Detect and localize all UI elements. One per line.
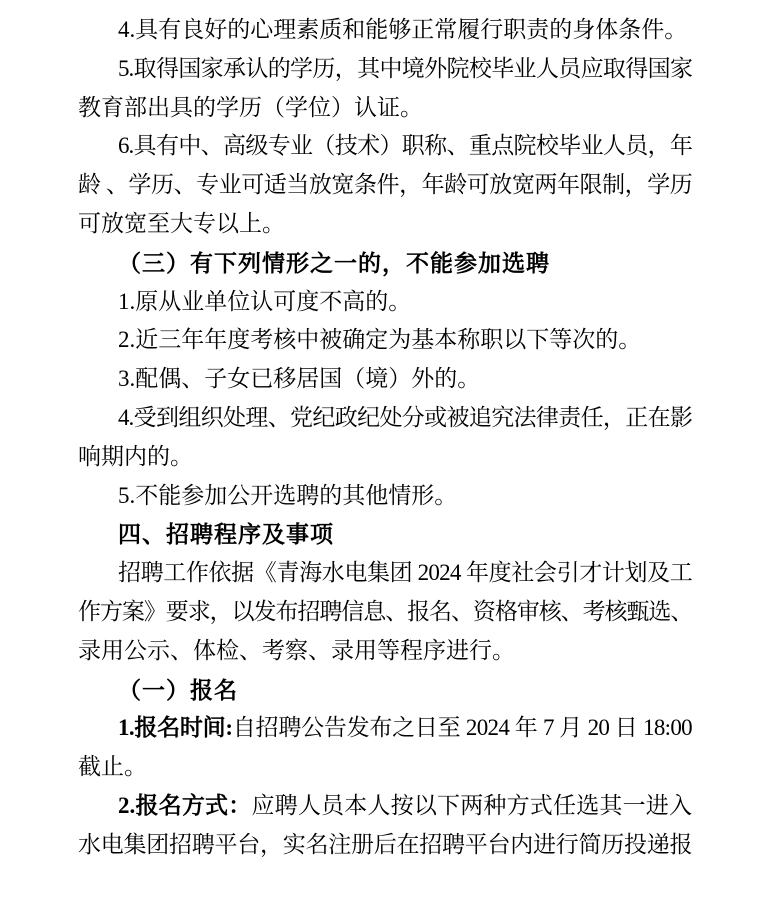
text-line: 教育部出具的学历（学位）认证。 — [78, 89, 692, 128]
body-text: 4.受到组织处理、党纪政纪处分或被追究法律责任，正在影 — [118, 405, 692, 430]
body-text: 5.不能参加公开选聘的其他情形。 — [118, 483, 457, 508]
text-line: 1.原从业单位认可度不高的。 — [78, 283, 692, 322]
body-text: 可放宽至大专以上。 — [78, 211, 285, 236]
text-line: 水电集团招聘平台，实名注册后在招聘平台内进行简历投递报 — [78, 826, 692, 865]
text-line: 4.受到组织处理、党纪政纪处分或被追究法律责任，正在影 — [78, 399, 692, 438]
text-line: 6.具有中、高级专业（技术）职称、重点院校毕业人员，年 — [78, 127, 692, 166]
text-line: 截止。 — [78, 748, 692, 787]
text-line: 5.取得国家承认的学历，其中境外院校毕业人员应取得国家 — [78, 50, 692, 89]
body-text: 自招聘公告发布之日至 2024 年 7 月 20 日 18:00 — [232, 715, 692, 740]
heading-text: 四、招聘程序及事项 — [118, 521, 334, 547]
text-line: 1.报名时间:自招聘公告发布之日至 2024 年 7 月 20 日 18:00 — [78, 709, 692, 748]
emphasis-text: 2.报名方式： — [118, 793, 251, 818]
body-text: 1.原从业单位认可度不高的。 — [118, 289, 411, 314]
text-line: 可放宽至大专以上。 — [78, 205, 692, 244]
text-line: 2.报名方式：应聘人员本人按以下两种方式任选其一进入 — [78, 787, 692, 826]
text-line: 3.配偶、子女已移居国（境）外的。 — [78, 360, 692, 399]
body-text: 教育部出具的学历（学位）认证。 — [78, 95, 423, 120]
text-line: 招聘工作依据《青海水电集团 2024 年度社会引才计划及工 — [78, 554, 692, 593]
heading-text: （一）报名 — [118, 677, 238, 703]
body-text: 4.具有良好的心理素质和能够正常履行职责的身体条件。 — [118, 17, 687, 42]
text-line: 录用公示、体检、考察、录用等程序进行。 — [78, 632, 692, 671]
emphasis-text: 1.报名时间: — [118, 715, 232, 740]
heading-text: （三）有下列情形之一的，不能参加选聘 — [118, 250, 550, 276]
text-line: （一）报名 — [78, 671, 692, 710]
text-line: 响期内的。 — [78, 438, 692, 477]
body-text: 招聘工作依据《青海水电集团 2024 年度社会引才计划及工 — [118, 560, 692, 585]
document-page: 4.具有良好的心理素质和能够正常履行职责的身体条件。5.取得国家承认的学历，其中… — [0, 0, 770, 906]
body-text: 应聘人员本人按以下两种方式任选其一进入 — [251, 793, 692, 818]
text-line: 5.不能参加公开选聘的其他情形。 — [78, 477, 692, 516]
text-line: 作方案》要求，以发布招聘信息、报名、资格审核、考核甄选、 — [78, 593, 692, 632]
body-text: 6.具有中、高级专业（技术）职称、重点院校毕业人员，年 — [118, 133, 692, 158]
text-line: 2.近三年年度考核中被确定为基本称职以下等次的。 — [78, 321, 692, 360]
body-text: 录用公示、体检、考察、录用等程序进行。 — [78, 638, 515, 663]
text-line: 4.具有良好的心理素质和能够正常履行职责的身体条件。 — [78, 11, 692, 50]
body-text: 水电集团招聘平台，实名注册后在招聘平台内进行简历投递报 — [78, 832, 692, 857]
body-text: 响期内的。 — [78, 444, 193, 469]
body-text: 截止。 — [78, 754, 147, 779]
body-text: 作方案》要求，以发布招聘信息、报名、资格审核、考核甄选、 — [78, 599, 692, 624]
text-line: （三）有下列情形之一的，不能参加选聘 — [78, 244, 692, 283]
text-line: 四、招聘程序及事项 — [78, 515, 692, 554]
text-line: 龄 、学历、专业可适当放宽条件，年龄可放宽两年限制，学历 — [78, 166, 692, 205]
body-text: 2.近三年年度考核中被确定为基本称职以下等次的。 — [118, 327, 641, 352]
document-text: 4.具有良好的心理素质和能够正常履行职责的身体条件。5.取得国家承认的学历，其中… — [78, 11, 692, 865]
body-text: 5.取得国家承认的学历，其中境外院校毕业人员应取得国家 — [118, 56, 692, 81]
body-text: 3.配偶、子女已移居国（境）外的。 — [118, 366, 480, 391]
body-text: 龄 、学历、专业可适当放宽条件，年龄可放宽两年限制，学历 — [78, 172, 692, 197]
